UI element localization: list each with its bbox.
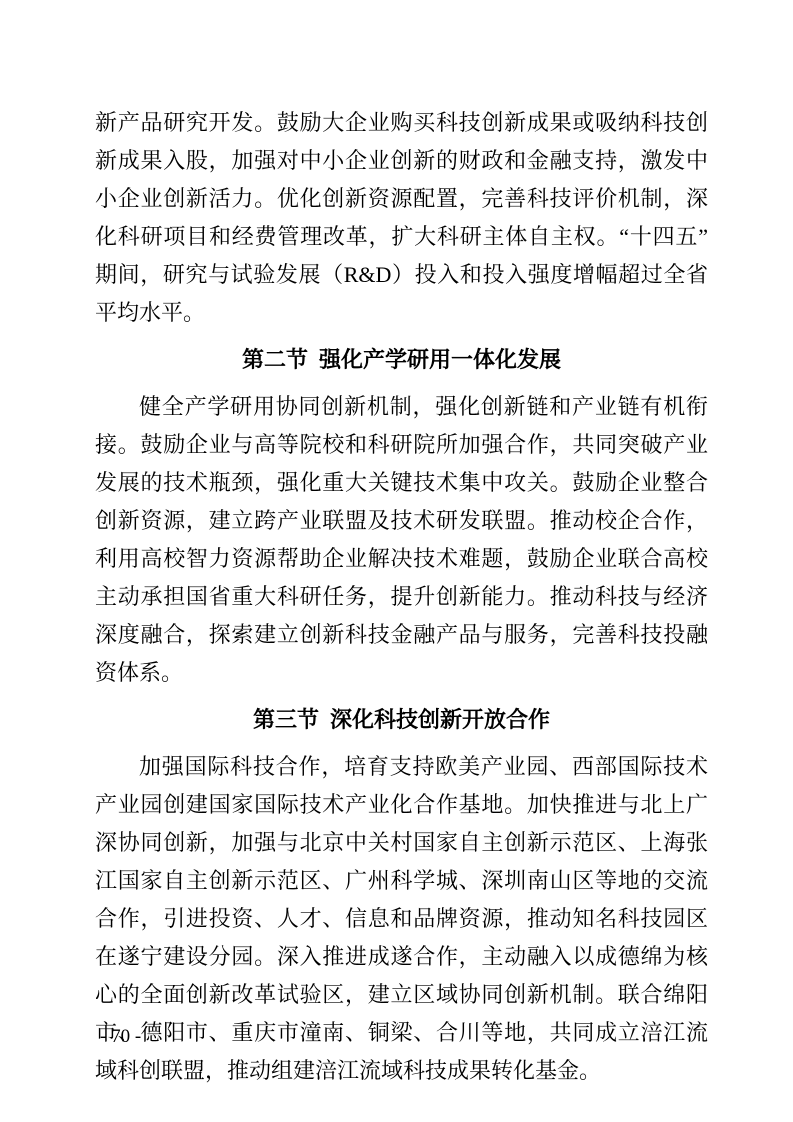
section-heading-3: 第三节 深化科技创新开放合作 <box>95 701 708 739</box>
text-column: 新产品研究开发。鼓励大企业购买科技创新成果或吸纳科技创新成果入股，加强对中小企业… <box>95 104 708 1090</box>
section-3-paragraph: 加强国际科技合作，培育支持欧美产业园、西部国际技术产业园创建国家国际技术产业化合… <box>95 748 708 1090</box>
paragraph-continuation: 新产品研究开发。鼓励大企业购买科技创新成果或吸纳科技创新成果入股，加强对中小企业… <box>95 104 708 332</box>
document-page: 新产品研究开发。鼓励大企业购买科技创新成果或吸纳科技创新成果入股，加强对中小企业… <box>0 0 793 1122</box>
section-2-paragraph: 健全产学研用协同创新机制，强化创新链和产业链有机衔接。鼓励企业与高等院校和科研院… <box>95 388 708 692</box>
page-number: - 70 - <box>100 1026 141 1048</box>
section-heading-2: 第二节 强化产学研用一体化发展 <box>95 341 708 379</box>
